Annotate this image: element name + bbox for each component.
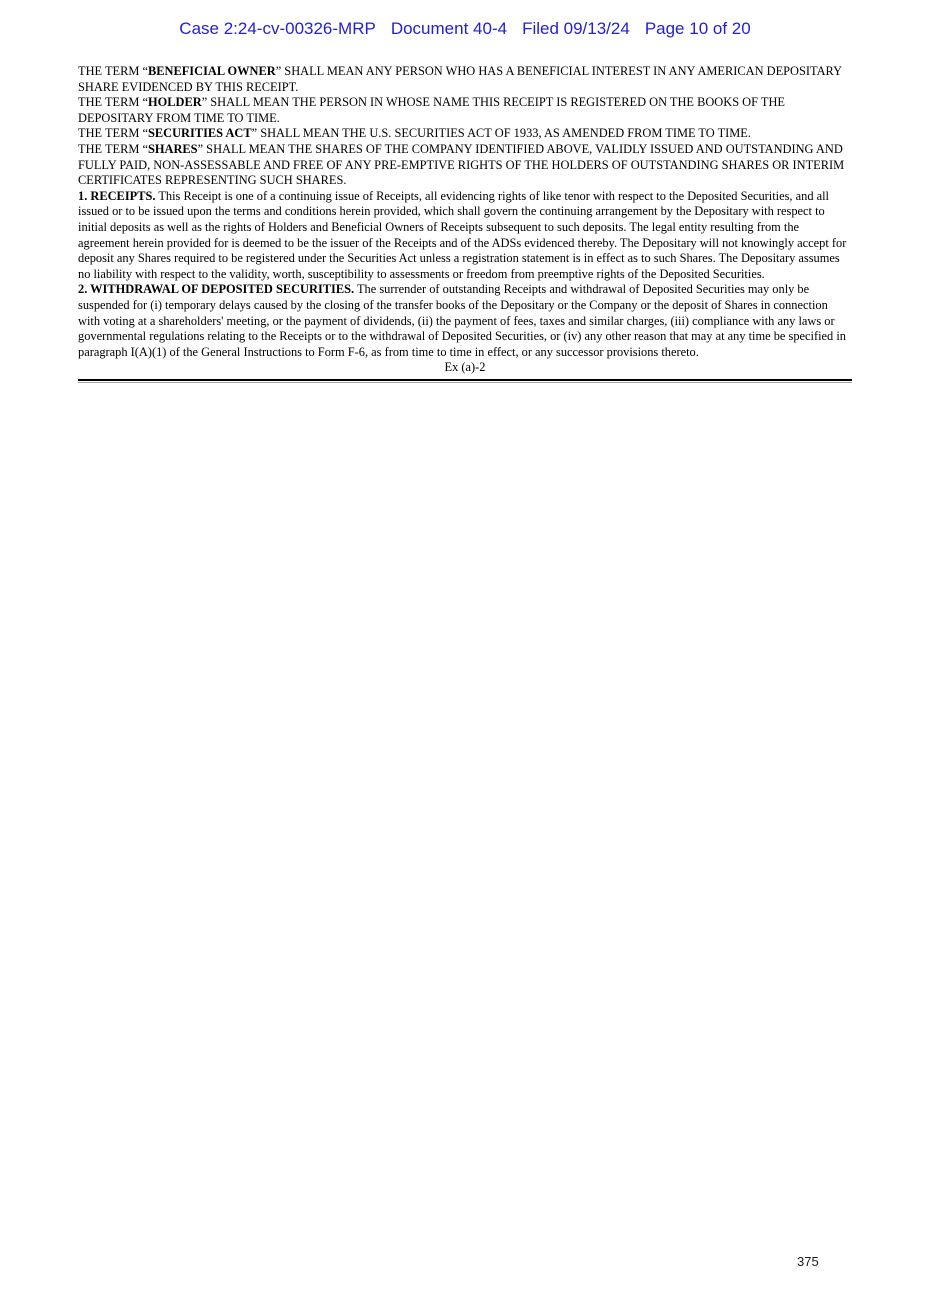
section-paragraph-withdrawal: 2. WITHDRAWAL OF DEPOSITED SECURITIES. T… bbox=[78, 282, 852, 360]
section-body: This Receipt is one of a continuing issu… bbox=[78, 189, 846, 281]
divider-rule bbox=[78, 379, 852, 383]
definition-prefix: THE TERM “ bbox=[78, 126, 148, 140]
document-body: THE TERM “BENEFICIAL OWNER” SHALL MEAN A… bbox=[78, 64, 852, 383]
section-label: 2. WITHDRAWAL OF DEPOSITED SECURITIES. bbox=[78, 282, 354, 296]
page-number: 375 bbox=[797, 1254, 819, 1269]
exhibit-label: Ex (a)-2 bbox=[78, 360, 852, 376]
header-page-info: Page 10 of 20 bbox=[645, 18, 751, 40]
definition-paragraph-holder: THE TERM “HOLDER” SHALL MEAN THE PERSON … bbox=[78, 95, 852, 126]
header-document-number: Document 40-4 bbox=[391, 18, 507, 40]
definition-term: BENEFICIAL OWNER bbox=[148, 64, 276, 78]
section-label: 1. RECEIPTS. bbox=[78, 189, 155, 203]
definition-prefix: THE TERM “ bbox=[78, 95, 148, 109]
definition-prefix: THE TERM “ bbox=[78, 142, 148, 156]
definition-paragraph-shares: THE TERM “SHARES” SHALL MEAN THE SHARES … bbox=[78, 142, 852, 189]
definition-term: HOLDER bbox=[148, 95, 202, 109]
definition-term: SHARES bbox=[148, 142, 198, 156]
section-paragraph-receipts: 1. RECEIPTS. This Receipt is one of a co… bbox=[78, 189, 852, 283]
definition-term: SECURITIES ACT bbox=[148, 126, 252, 140]
definition-suffix: ” SHALL MEAN THE U.S. SECURITIES ACT OF … bbox=[252, 126, 751, 140]
definition-paragraph-beneficial-owner: THE TERM “BENEFICIAL OWNER” SHALL MEAN A… bbox=[78, 64, 852, 95]
header-case-number: Case 2:24-cv-00326-MRP bbox=[179, 18, 376, 40]
definition-paragraph-securities-act: THE TERM “SECURITIES ACT” SHALL MEAN THE… bbox=[78, 126, 852, 142]
header-filed-date: Filed 09/13/24 bbox=[522, 18, 630, 40]
definition-prefix: THE TERM “ bbox=[78, 64, 148, 78]
case-header: Case 2:24-cv-00326-MRP Document 40-4 Fil… bbox=[0, 18, 930, 40]
